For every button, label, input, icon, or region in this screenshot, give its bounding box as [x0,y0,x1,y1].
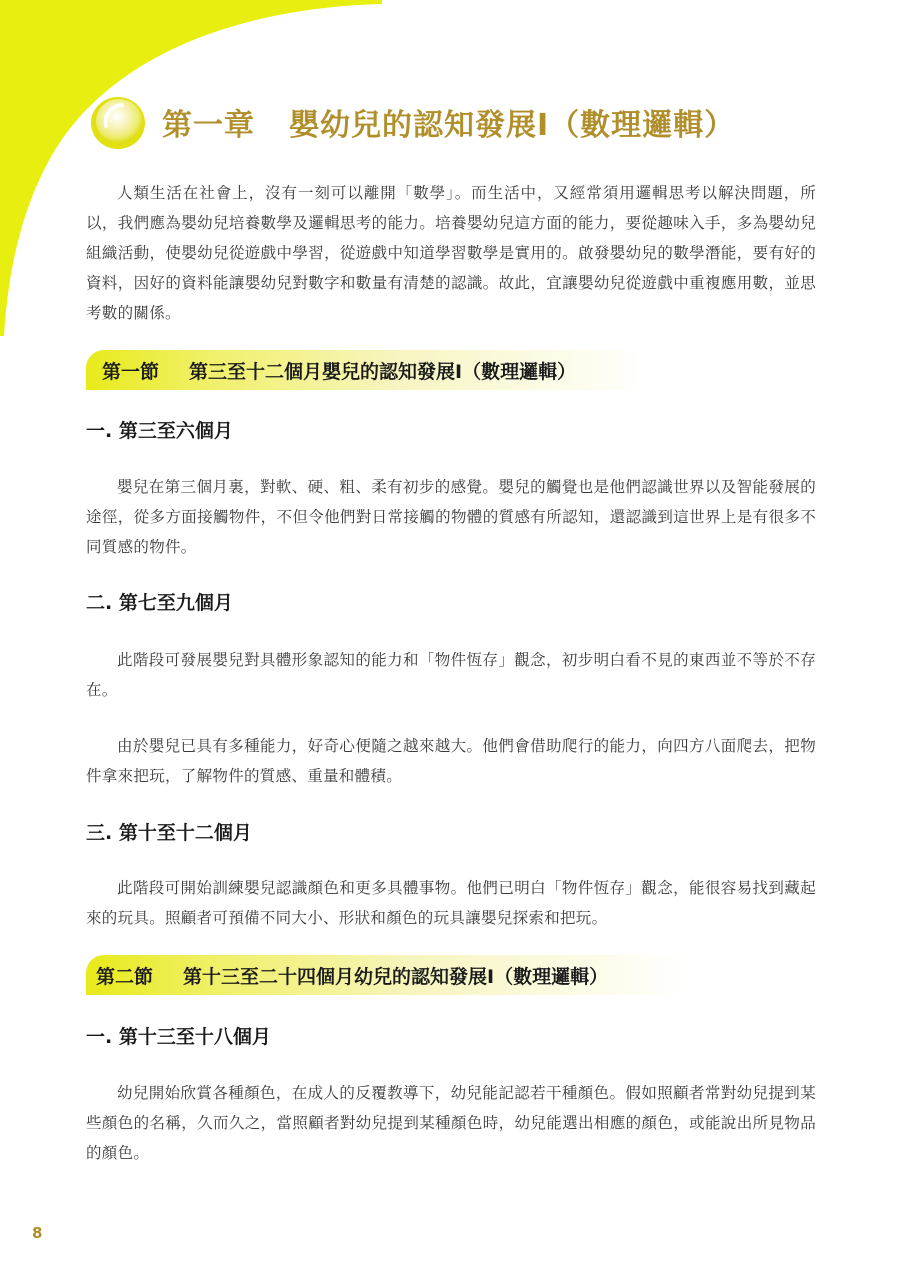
section-header-2: 第二節 第十三至二十四個月幼兒的認知發展I（數理邏輯） [86,955,686,995]
body-paragraph: 由於嬰兒已具有多種能力，好奇心便隨之越來越大。他們會借助爬行的能力，向四方八面爬… [86,731,816,791]
section-title: 第三至十二個月嬰兒的認知發展I（數理邏輯） [189,357,576,384]
subsection-heading: 三. 第十至十二個月 [86,818,252,845]
chapter-heading: 嬰幼兒的認知發展I（數理邏輯） [289,108,735,143]
yellow-bubble-icon [88,92,148,152]
section-number: 第一節 [102,357,159,384]
subsection-heading: 一. 第十三至十八個月 [86,1022,271,1049]
chapter-title: 第一章嬰幼兒的認知發展I（數理邏輯） [88,92,735,152]
subsection-heading: 一. 第三至六個月 [86,416,233,443]
section-title: 第十三至二十四個月幼兒的認知發展I（數理邏輯） [183,962,608,989]
body-paragraph: 嬰兒在第三個月裏，對軟、硬、粗、柔有初步的感覺。嬰兒的觸覺也是他們認識世界以及智… [86,472,816,562]
body-paragraph: 此階段可發展嬰兒對具體形象認知的能力和「物件恆存」觀念，初步明白看不見的東西並不… [86,645,816,705]
page-number: 8 [32,1224,42,1242]
body-paragraph: 幼兒開始欣賞各種顏色，在成人的反覆教導下，幼兒能記認若干種顏色。假如照顧者常對幼… [86,1078,816,1168]
intro-paragraph: 人類生活在社會上，沒有一刻可以離開「數學」。而生活中，又經常須用邏輯思考以解決問… [86,178,816,328]
chapter-number: 第一章 [162,108,255,143]
body-paragraph: 此階段可開始訓練嬰兒認識顏色和更多具體事物。他們已明白「物件恆存」觀念，能很容易… [86,873,816,933]
section-number: 第二節 [96,962,153,989]
subsection-heading: 二. 第七至九個月 [86,588,233,615]
section-header-1: 第一節 第三至十二個月嬰兒的認知發展I（數理邏輯） [86,350,646,390]
